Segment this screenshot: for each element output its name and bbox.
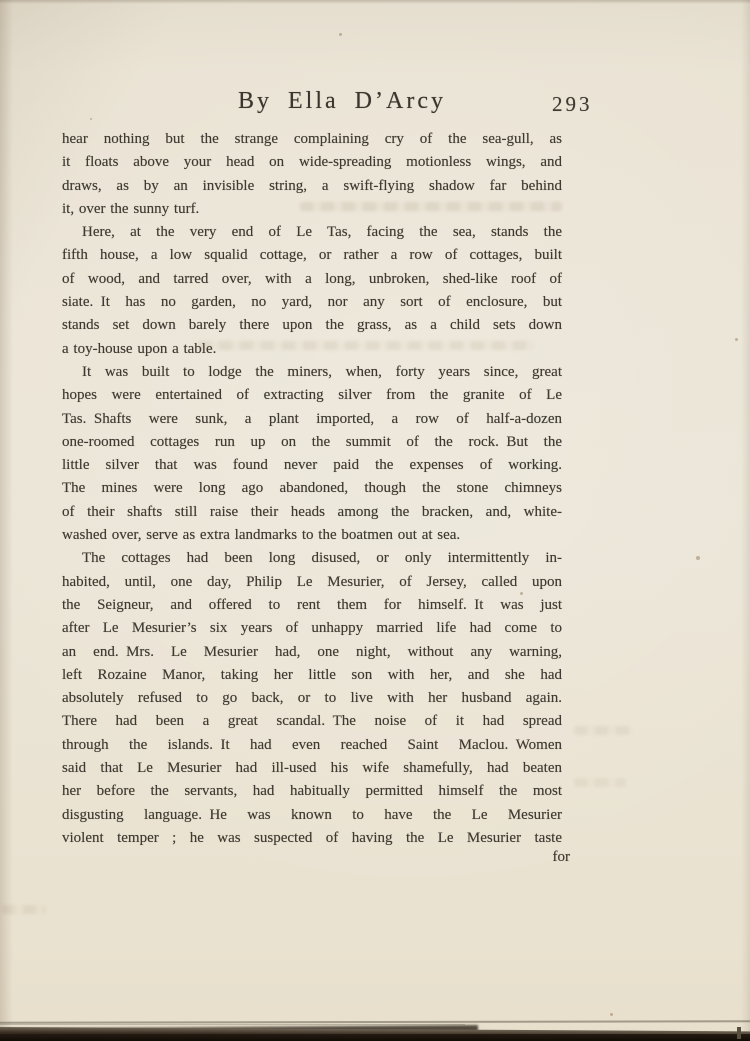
- paper-speckle: [610, 1013, 613, 1016]
- text-line: one-roomed cottages run up on the summit…: [62, 431, 562, 454]
- paper-speckle: [339, 33, 342, 36]
- bleed-through-artifact: [574, 726, 632, 735]
- paper-speckle: [520, 592, 523, 595]
- text-line: left Rozaine Manor, taking her little so…: [62, 664, 562, 687]
- text-line: her before the servants, had habitually …: [62, 780, 562, 803]
- paragraph: The cottages had been long disused, or o…: [62, 547, 562, 850]
- text-line: There had been a great scandal. The nois…: [62, 710, 562, 733]
- bleed-through-artifact: [574, 778, 626, 787]
- text-line: fifth house, a low squalid cottage, or r…: [62, 244, 562, 267]
- page-number-label: 293: [552, 92, 593, 117]
- paper-speckle: [90, 118, 92, 120]
- text-line: the Seigneur, and offered to rent them f…: [62, 594, 562, 617]
- text-line: disgusting language. He was known to hav…: [62, 804, 562, 827]
- paper-speckle: [696, 556, 700, 560]
- text-line: draws, as by an invisible string, a swif…: [62, 175, 562, 198]
- text-line: through the islands. It had even reached…: [62, 734, 562, 757]
- text-block: hear nothing but the strange complaining…: [62, 128, 562, 850]
- paragraph: Here, at the very end of Le Tas, facing …: [62, 221, 562, 361]
- page-edge-shadow-top: [0, 0, 750, 4]
- page-title: By Ella D’Arcy: [92, 88, 592, 115]
- text-line: of wood, and tarred over, with a long, u…: [62, 268, 562, 291]
- running-head: By Ella D’Arcy: [62, 88, 562, 124]
- scanned-book-page: By Ella D’Arcy 293 hear nothing but the …: [0, 0, 750, 1041]
- text-line: Here, at the very end of Le Tas, facing …: [62, 221, 562, 244]
- text-line: siate. It has no garden, no yard, nor an…: [62, 291, 562, 314]
- text-line: it floats above your head on wide-spread…: [62, 151, 562, 174]
- bleed-through-artifact: [300, 202, 562, 211]
- text-line: said that Le Mesurier had ill-used his w…: [62, 757, 562, 780]
- text-line: after Le Mesurier’s six years of unhappy…: [62, 617, 562, 640]
- bleed-through-artifact: [198, 341, 534, 350]
- text-line: It was built to lodge the miners, when, …: [62, 361, 562, 384]
- catchword: for: [62, 846, 570, 869]
- page-edge-shadow-left: [0, 0, 13, 1041]
- paper-speckle: [735, 338, 738, 341]
- page-bottom-edge: [0, 1034, 750, 1041]
- text-line: Tas. Shafts were sunk, a plant imported,…: [62, 408, 562, 431]
- text-line: hear nothing but the strange complaining…: [62, 128, 562, 151]
- text-line: absolutely refused to go back, or to liv…: [62, 687, 562, 710]
- text-line: stands set down barely there upon the gr…: [62, 314, 562, 337]
- text-line: little silver that was found never paid …: [62, 454, 562, 477]
- page-edge-shadow-right: [741, 0, 750, 1041]
- text-line: washed over, serve as extra landmarks to…: [62, 524, 562, 547]
- text-line: hopes were entertained of extracting sil…: [62, 384, 562, 407]
- text-line: The cottages had been long disused, or o…: [62, 547, 562, 570]
- paragraph: It was built to lodge the miners, when, …: [62, 361, 562, 547]
- page-bottom-edge: [737, 1027, 741, 1039]
- text-line: The mines were long ago abandoned, thoug…: [62, 477, 562, 500]
- text-line: of their shafts still raise their heads …: [62, 501, 562, 524]
- text-line: habited, until, one day, Philip Le Mesur…: [62, 571, 562, 594]
- text-line: an end. Mrs. Le Mesurier had, one night,…: [62, 641, 562, 664]
